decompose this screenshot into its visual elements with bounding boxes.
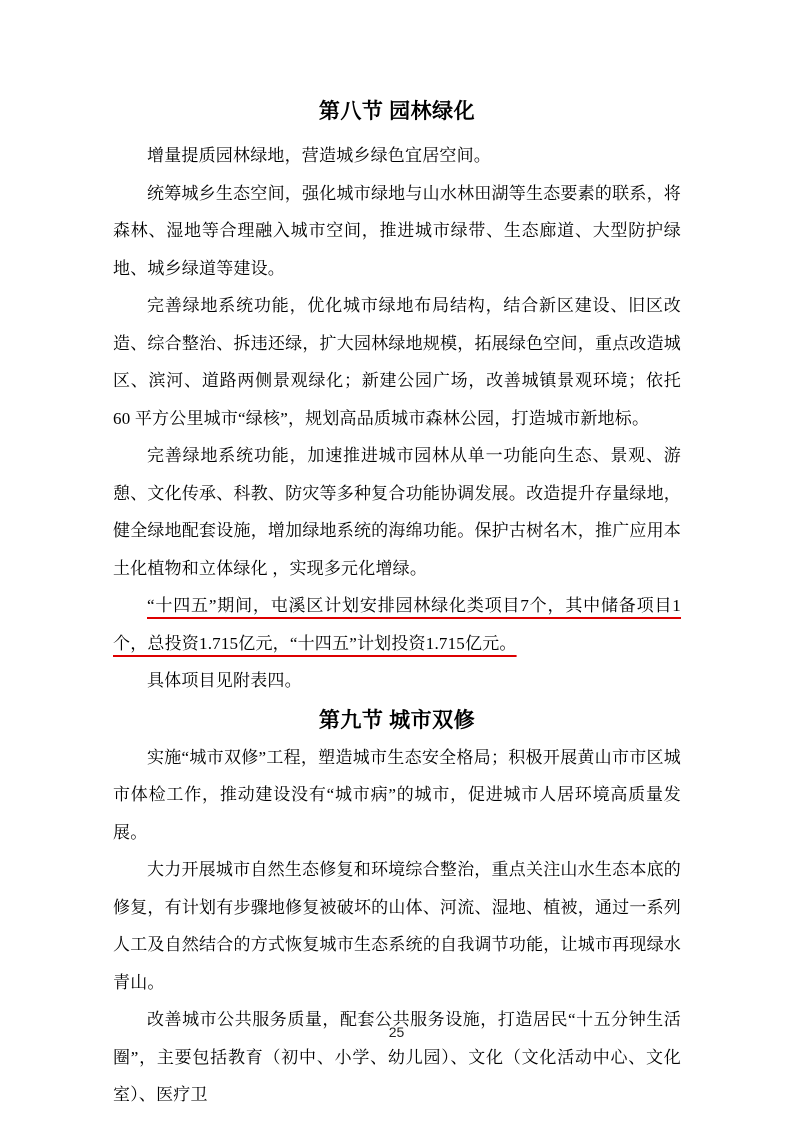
section-9-title: 第九节 城市双修 [113,701,681,739]
section-8-paragraph-5-highlighted: “十四五”期间，屯溪区计划安排园林绿化类项目7个，其中储备项目1个，总投资1.7… [113,587,681,662]
section-9-paragraph-3: 改善城市公共服务质量，配套公共服务设施，打造居民“十五分钟生活圈”，主要包括教育… [113,1001,681,1114]
section-8-paragraph-2: 统筹城乡生态空间，强化城市绿地与山水林田湖等生态要素的联系，将森林、湿地等合理融… [113,175,681,288]
section-8-paragraph-3: 完善绿地系统功能，优化城市绿地布局结构，结合新区建设、旧区改造、综合整治、拆违还… [113,287,681,437]
section-9-paragraph-1: 实施“城市双修”工程，塑造城市生态安全格局；积极开展黄山市市区城市体检工作，推动… [113,739,681,852]
section-8-title: 第八节 园林绿化 [113,92,681,130]
section-8-paragraph-4: 完善绿地系统功能，加速推进城市园林从单一功能向生态、景观、游憩、文化传承、科教、… [113,437,681,587]
section-9-paragraph-2: 大力开展城市自然生态修复和环境综合整治，重点关注山水生态本底的修复，有计划有步骤… [113,851,681,1001]
document-page: 第八节 园林绿化 增量提质园林绿地，营造城乡绿色宜居空间。 统筹城乡生态空间，强… [0,0,793,1122]
section-8-paragraph-6: 具体项目见附表四。 [113,662,681,700]
red-underlined-text: “十四五”期间，屯溪区计划安排园林绿化类项目7个，其中储备项目1个，总投资1.7… [113,596,681,653]
page-number: 25 [0,1024,793,1040]
section-8-paragraph-1: 增量提质园林绿地，营造城乡绿色宜居空间。 [113,137,681,175]
